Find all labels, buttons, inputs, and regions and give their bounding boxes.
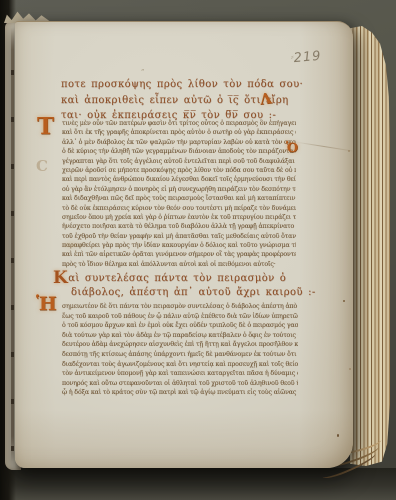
body-text-line: σημειωτέον δὲ ὅτι πάντα τὸν πειρασμὸν συ…: [62, 302, 298, 312]
body-text-line: διαδέχονται τοὺς ἀγωνιζομένους καὶ ὅτι ν…: [62, 360, 298, 370]
body-text-line: οὐ γὰρ ἂν ἐτόλμησεν ὁ πονηρὸς εἰ μὴ συνε…: [62, 185, 296, 194]
initial-omicron: Ὁ: [286, 141, 298, 156]
body-text-line: σημεῖον ὅπου μὴ χρεία καὶ γὰρ ὁ ῥίπτων ἑ…: [62, 213, 296, 222]
manuscript-page: ⸗219 „ ποτε προσκόψης πρὸς λίθον τὸν πόδ…: [15, 21, 353, 468]
body-text-line: δεσπότῃ τῆς κτίσεως ἁπάσης ὑπάρχοντι ἡμε…: [62, 350, 298, 360]
parchment-crease: [295, 141, 352, 151]
body-text-line: ὁ δὲ κύριος τὴν ἀληθῆ τῶν γεγραμμένων δι…: [62, 147, 296, 156]
rubric-line: Καὶ συντελέσας πάντα τὸν πειρασμὸν ὁ: [53, 271, 316, 286]
body-text-line: καὶ διδαχθῆναι πῶς δεῖ πρὸς τοὺς πειρασμ…: [62, 194, 296, 203]
body-text-line: πρὸς τὸ ἴδιον θέλημα καὶ ἀπόλλυνται αὐτο…: [62, 260, 296, 269]
fore-edge-page-stack: [350, 26, 390, 466]
body-text-line: καὶ περὶ παντὸς ἀνθρώπου δικαίου λέγεσθα…: [62, 175, 296, 184]
rubric-line-text: αὶ συντελέσας πάντα τὸν πειρασμὸν ὁ: [68, 273, 286, 284]
manuscript-photo: ⸗219 „ ποτε προσκόψης πρὸς λίθον τὸν πόδ…: [0, 0, 396, 500]
body-text-line: ἠνέσχετο ποιῆσαι κατὰ τὸ θέλημα τοῦ διαβ…: [62, 222, 296, 231]
ink-speck: [348, 150, 350, 152]
body-text-line: τὸν ἀντικείμενον ὑπομονῇ γὰρ καὶ ταπεινώ…: [62, 369, 298, 379]
ink-speck: [349, 368, 351, 370]
body-text-line: δευτέρου ἀδὰμ ἀνεχώρησεν αἰσχυνθεὶς ἐπὶ …: [62, 340, 298, 350]
body-text-line: γέγραπται γὰρ ὅτι τοῖς ἀγγέλοις αὐτοῦ ἐν…: [62, 157, 296, 166]
body-text-line: καὶ ἐπὶ τῶν αἱρετικῶν ὁρᾶται γινόμενον σ…: [62, 250, 296, 259]
body-text-line: χειρῶν ἀροῦσί σε μήποτε προσκόψῃς πρὸς λ…: [62, 166, 296, 175]
body-text-line: τινὲς μὲν οὖν τῶν πατέρων φασὶν ὅτι τρίτ…: [62, 119, 296, 128]
ink-speck: [337, 434, 339, 437]
body-text-line: τοῦ ἐχθροῦ τὴν θείαν γραφὴν καὶ μὴ ἀπατᾶ…: [62, 232, 296, 241]
commentary-block-2: σημειωτέον δὲ ὅτι πάντα τὸν πειρασμὸν συ…: [62, 302, 298, 398]
body-text-line: καὶ ὅτι ἐκ τῆς γραφῆς ἀποκρίνεται πρὸς α…: [62, 128, 296, 137]
binding-sewing-thread: [11, 28, 14, 462]
rubric-luke-4-13: Καὶ συντελέσας πάντα τὸν πειρασμὸν ὁ διά…: [53, 271, 316, 300]
folio-digits: 219: [293, 49, 322, 66]
rubric-line: διάβολος, ἀπέστη ἀπ᾽ αὐτοῦ ἄχρι καιροῦ :…: [71, 286, 316, 300]
initial-kappa: Κ: [53, 268, 68, 288]
body-text-line: διὰ τούτων γὰρ καὶ τὸν ἀδὰμ ἐν τῷ παραδε…: [62, 331, 298, 341]
marginal-ornament-letter: Λ: [259, 89, 273, 108]
body-text-line: πονηρός καὶ οὕτω στεφανοῦνται οἱ ἀθληταὶ…: [62, 379, 298, 389]
initial-tau: Τ: [37, 113, 54, 140]
parchment-stain: [59, 238, 85, 252]
body-text-line: ἕως τοῦ καιροῦ τοῦ πάθους ἐν ᾧ πάλιν αὐτ…: [62, 312, 298, 322]
commentary-block-1: τινὲς μὲν οὖν τῶν πατέρων φασὶν ὅτι τρίτ…: [62, 119, 296, 269]
body-text-line: παραφθείρει γὰρ πρὸς τὴν ἰδίαν κακουργία…: [62, 241, 296, 250]
faded-initial-c: Ϲ: [36, 157, 48, 175]
initial-eta: Ἡ: [36, 293, 57, 315]
scribal-mark: „: [141, 64, 145, 72]
body-text-line: τὸ δὲ οὐκ ἐκπειράσεις κύριον τὸν θεόν σο…: [62, 204, 296, 213]
ink-speck: [343, 300, 345, 302]
folio-number: ⸗219: [290, 49, 322, 67]
body-text-line: ὁ τοῦ κόσμου ἄρχων καὶ ἐν ἐμοὶ οὐκ ἔχει …: [62, 321, 298, 331]
body-text-line: ἀλλ᾽ ὁ μὲν διάβολος ἐκ τῶν ψαλμῶν τὴν μα…: [62, 138, 296, 147]
body-text-line: ᾧ ἡ δόξα καὶ τὸ κράτος σὺν τῷ πατρὶ καὶ …: [62, 388, 298, 398]
